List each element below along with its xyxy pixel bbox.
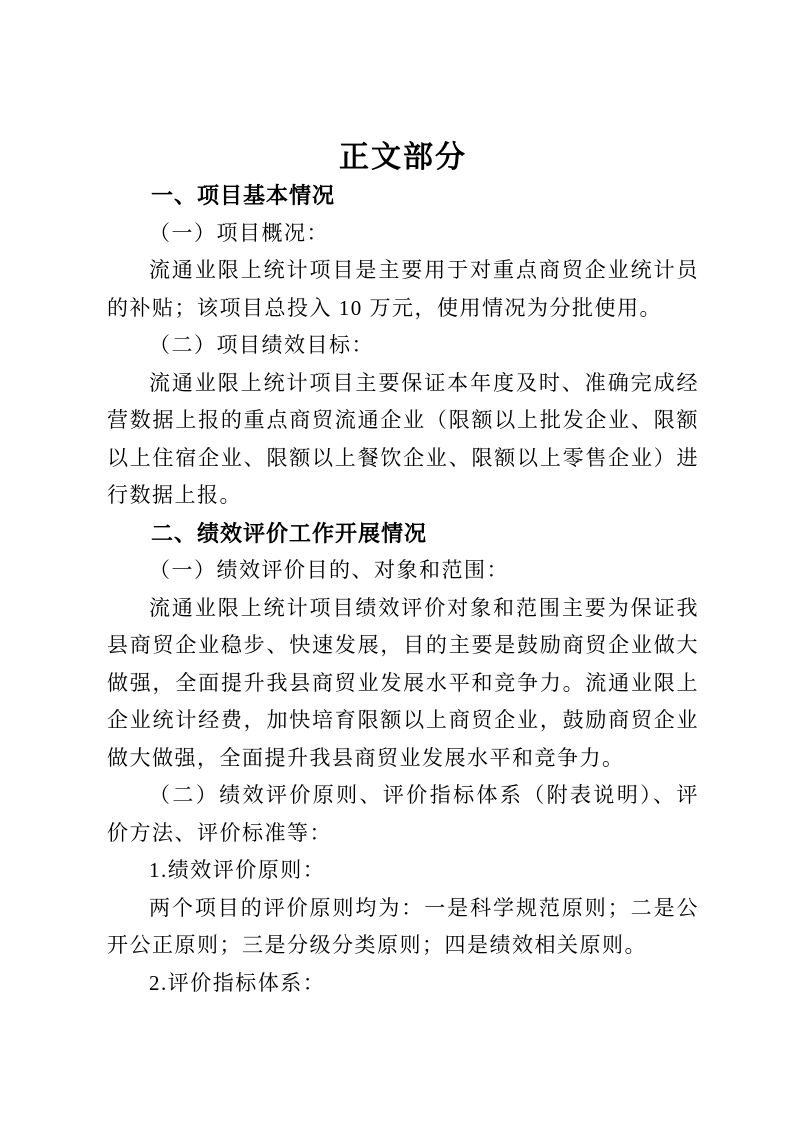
paragraph-principles-body: 两个项目的评价原则均为：一是科学规范原则；二是公开公正原则；三是分级分类原则；四… bbox=[107, 890, 699, 965]
paragraph-evaluation-scope-body: 流通业限上统计项目绩效评价对象和范围主要为保证我县商贸企业稳步、快速发展，目的主… bbox=[107, 590, 699, 778]
doc-title: 正文部分 bbox=[107, 139, 699, 177]
subheading-evaluation-principles: （二）绩效评价原则、评价指标体系（附表说明）、评价方法、评价标准等： bbox=[107, 777, 699, 852]
document-content: 正文部分 一、项目基本情况 （一）项目概况： 流通业限上统计项目是主要用于对重点… bbox=[107, 139, 699, 1002]
subheading-evaluation-scope: （一）绩效评价目的、对象和范围： bbox=[107, 552, 699, 590]
subheading-project-goals: （二）项目绩效目标： bbox=[107, 327, 699, 365]
subheading-principles-item: 1.绩效评价原则： bbox=[107, 852, 699, 890]
paragraph-project-overview-body: 流通业限上统计项目是主要用于对重点商贸企业统计员的补贴；该项目总投入 10 万元… bbox=[107, 252, 699, 327]
section-heading-project-basics: 一、项目基本情况 bbox=[107, 177, 699, 215]
paragraph-project-goals-body: 流通业限上统计项目主要保证本年度及时、准确完成经营数据上报的重点商贸流通企业（限… bbox=[107, 365, 699, 515]
section-heading-evaluation-work: 二、绩效评价工作开展情况 bbox=[107, 515, 699, 553]
subheading-indicator-system: 2.评价指标体系： bbox=[107, 965, 699, 1003]
document-page: 正文部分 一、项目基本情况 （一）项目概况： 流通业限上统计项目是主要用于对重点… bbox=[0, 0, 793, 1122]
subheading-project-overview: （一）项目概况： bbox=[107, 215, 699, 253]
